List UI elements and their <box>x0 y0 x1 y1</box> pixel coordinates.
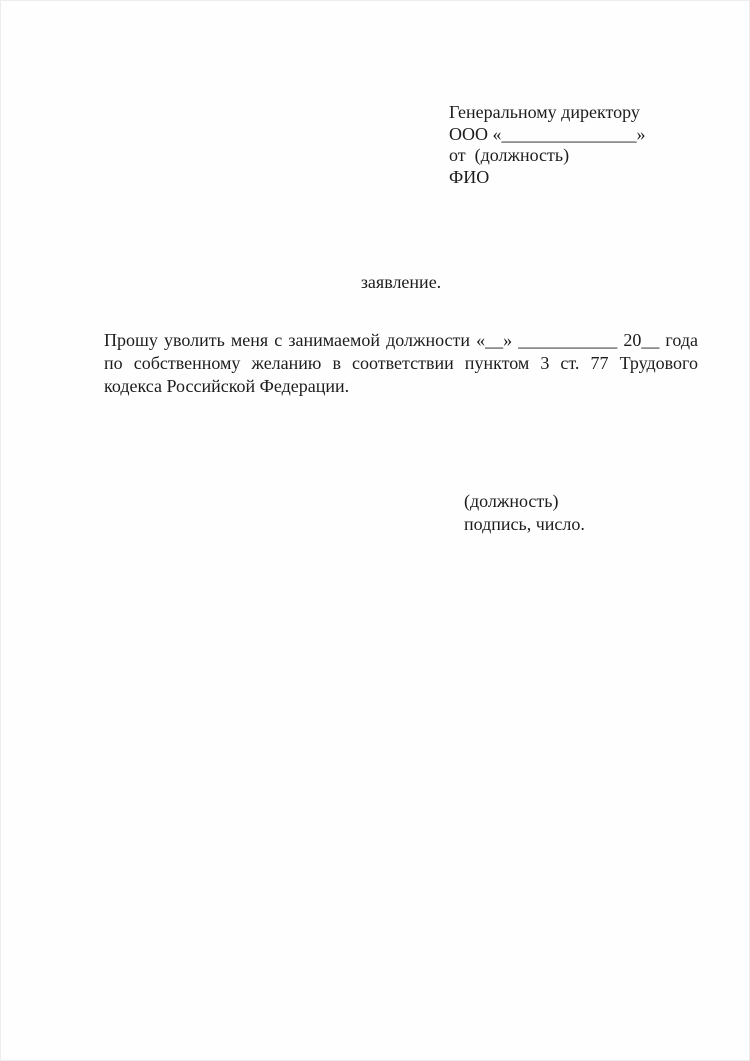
signature-block: (должность) подпись, число. <box>464 490 704 536</box>
recipient-line-director: Генеральному директору <box>449 102 709 124</box>
document-page: Генеральному директору ООО «____________… <box>0 0 750 1061</box>
document-title: заявление. <box>104 271 698 294</box>
body-line-3: кодекса Российской Федерации. <box>104 375 698 398</box>
signature-position-line: (должность) <box>464 490 704 513</box>
body-line-2: по собственному желанию в соответствии п… <box>104 352 698 375</box>
signature-date-line: подпись, число. <box>464 513 704 536</box>
body-line-1: Прошу уволить меня с занимаемой должност… <box>104 329 698 352</box>
recipient-line-name: ФИО <box>449 167 709 189</box>
body-paragraph: Прошу уволить меня с занимаемой должност… <box>104 329 698 398</box>
recipient-line-company: ООО «_______________» <box>449 124 709 146</box>
recipient-block: Генеральному директору ООО «____________… <box>449 102 709 188</box>
recipient-line-position: от (должность) <box>449 145 709 167</box>
